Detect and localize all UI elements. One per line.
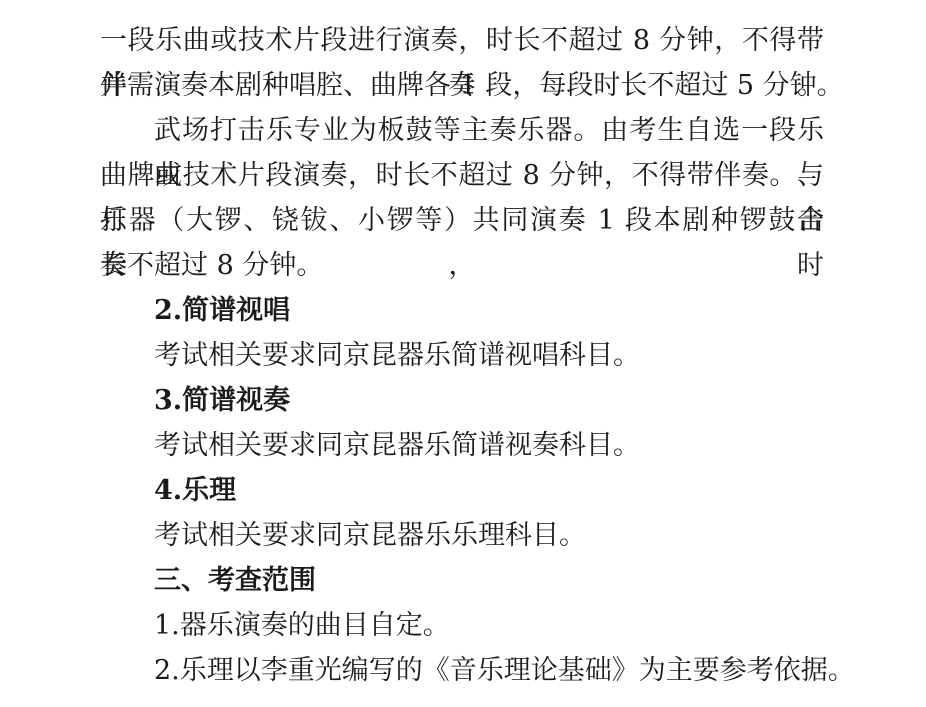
paragraph-line: 并需演奏本剧种唱腔、曲牌各 1 段，每段时长不超过 5 分钟。 <box>100 63 824 108</box>
paragraph-line: 1.器乐演奏的曲目自定。 <box>100 603 824 648</box>
document-page: 一段乐曲或技术片段进行演奏，时长不超过 8 分钟，不得带伴奏。 并需演奏本剧种唱… <box>0 0 926 707</box>
paragraph-line: 一段乐曲或技术片段进行演奏，时长不超过 8 分钟，不得带伴奏。 <box>100 18 824 63</box>
paragraph-line: 乐器（大锣、铙钹、小锣等）共同演奏 1 段本剧种锣鼓合奏，时 <box>100 198 824 243</box>
section-heading-jianpu-shichang: 2.简谱视唱 <box>100 288 824 333</box>
paragraph-line: 考试相关要求同京昆器乐乐理科目。 <box>100 513 824 558</box>
section-heading-yueli: 4.乐理 <box>100 468 824 513</box>
paragraph-line: 考试相关要求同京昆器乐简谱视唱科目。 <box>100 333 824 378</box>
paragraph-line: 考试相关要求同京昆器乐简谱视奏科目。 <box>100 423 824 468</box>
paragraph-line: 曲牌或技术片段演奏，时长不超过 8 分钟，不得带伴奏。与打击 <box>100 153 824 198</box>
paragraph-line: 武场打击乐专业为板鼓等主奏乐器。由考生自选一段乐曲、 <box>100 108 824 153</box>
text-block: 一段乐曲或技术片段进行演奏，时长不超过 8 分钟，不得带伴奏。 并需演奏本剧种唱… <box>100 18 824 693</box>
section-heading-jianpu-shizou: 3.简谱视奏 <box>100 378 824 423</box>
section-heading-kaocha-fanwei: 三、考查范围 <box>100 558 824 603</box>
paragraph-line: 2.乐理以李重光编写的《音乐理论基础》为主要参考依据。 <box>100 648 824 693</box>
